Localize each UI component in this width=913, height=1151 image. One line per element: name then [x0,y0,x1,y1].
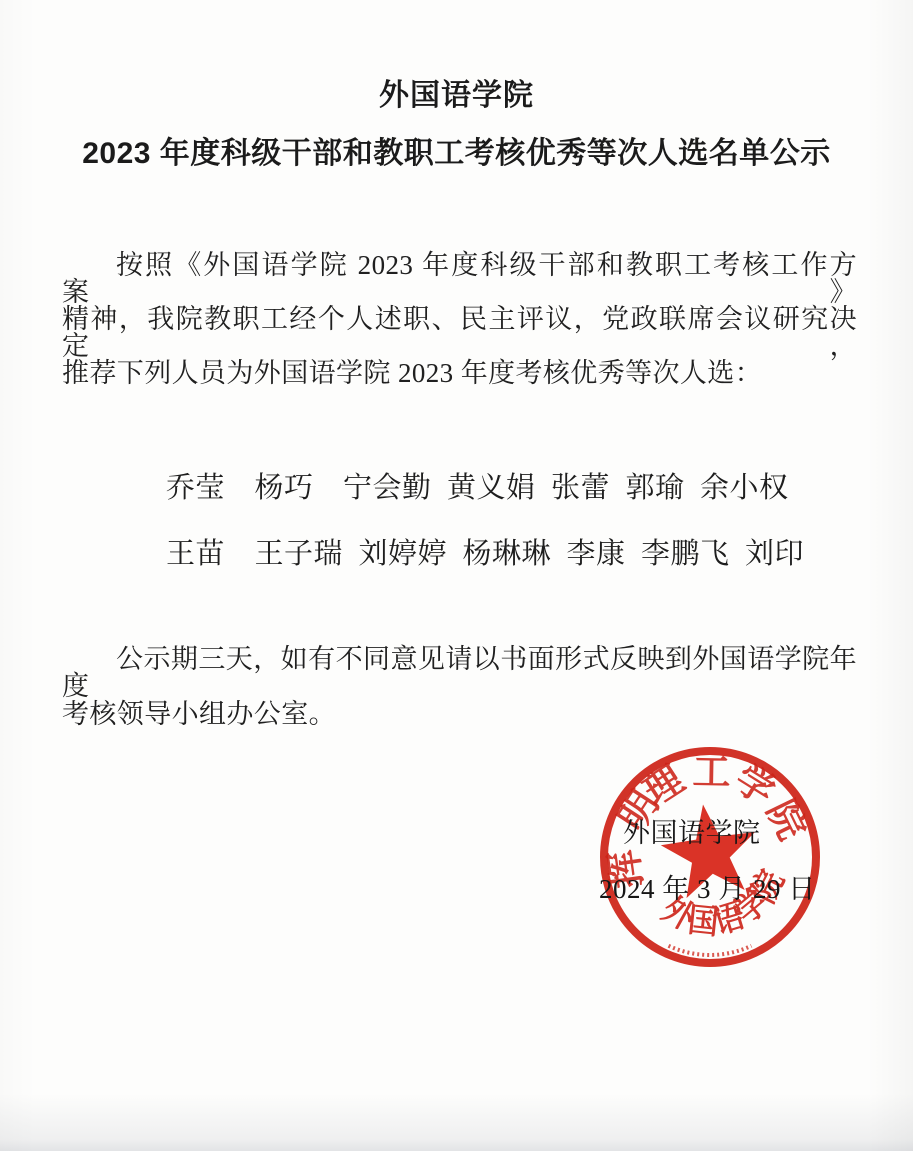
document-title-main: 2023 年度科级干部和教职工考核优秀等次人选名单公示 [0,139,913,169]
signature-date: 2024 年 3 月 29 日 [599,876,816,903]
paragraph2-line2: 考核领导小组办公室。 [62,701,857,728]
document-title-org: 外国语学院 [0,81,913,111]
document-page: 外国语学院 2023 年度科级干部和教职工考核优秀等次人选名单公示 按照《外国语… [0,0,913,1151]
paragraph1-line2: 精神，我院教职工经个人述职、民主评议，党政联席会议研究决定， [62,306,857,360]
name-list-row2: 王苗 王子瑞 刘婷婷 杨琳琳 李康 李鹏飞 刘印 [166,540,804,569]
paragraph1-line1: 按照《外国语学院 2023 年度科级干部和教职工考核工作方案》 [62,252,857,306]
seal-serial-marks [669,946,752,955]
seal-graphic: 挥 明 理 工 学 院 外国语学院 [596,743,824,971]
paragraph2-line1: 公示期三天，如有不同意见请以书面形式反映到外国语学院年度 [62,646,857,700]
paragraph1-line3: 推荐下列人员为外国语学院 2023 年度考核优秀等次人选： [62,360,857,387]
signature-org: 外国语学院 [623,820,761,847]
official-seal-stamp: 挥 明 理 工 学 院 外国语学院 [596,743,824,971]
seal-ring-char: 工 [692,752,731,795]
name-list-row1: 乔莹 杨巧 宁会勤 黄义娟 张蕾 郭瑜 余小权 [166,474,789,503]
